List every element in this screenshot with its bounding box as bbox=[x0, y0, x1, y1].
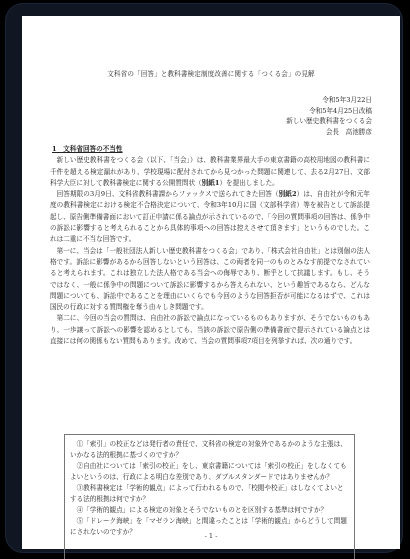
paragraph-3: 第一に、当会は「一般社団法人新しい歴史教科書をつくる会」であり、「株式会社自由社… bbox=[50, 246, 370, 314]
author: 会長 高池勝彦 bbox=[286, 127, 372, 138]
page-number: - 1 - bbox=[22, 532, 400, 540]
question-2: ②自由社については「索引の校正」をし、東京書籍については「索引の校正」をしなくて… bbox=[70, 461, 349, 483]
paragraph-4: 第二に、今回の当会の質問は、自由社の訴訟で論点になっているものもありますが、そう… bbox=[50, 313, 370, 347]
document-page: 文科省の「回答」と教科書検定制度改善に関する「つくる会」の見解 令和5年3月22… bbox=[22, 16, 400, 549]
question-3: ③教科書検定は「学術的観点」によって行われるもので、「校閲や校正」はしなくてよい… bbox=[70, 483, 349, 505]
question-4: ④「学術的観点」による検定の対象とそうでないものとを区別する基準は何ですか？ bbox=[70, 505, 349, 516]
paragraph-2: 回答期限の3月9日、文科省教科書課からファックスで送られてきた回答（別紙2）は、… bbox=[50, 189, 370, 245]
section-1: 1 文科省回答の不当性 新しい歴史教科書をつくる会（以下、「当会」）は、教科書業… bbox=[50, 144, 370, 347]
attachment-ref: 別紙1 bbox=[202, 179, 220, 187]
organization: 新しい歴史教科書をつくる会 bbox=[286, 116, 372, 127]
document-title: 文科省の「回答」と教科書検定制度改善に関する「つくる会」の見解 bbox=[22, 68, 400, 78]
paragraph-text: 回答期限の3月9日、文科省教科書課からファックスで送られてきた回答（ bbox=[57, 190, 279, 198]
paragraph-1: 新しい歴史教科書をつくる会（以下、「当会」）は、教科書業界最大手の東京書籍の高校… bbox=[50, 155, 370, 189]
section-heading: 1 文科省回答の不当性 bbox=[52, 144, 370, 155]
revised-date: 令和5年4月25日改稿 bbox=[286, 106, 372, 117]
document-meta: 令和5年3月22日 令和5年4月25日改稿 新しい歴史教科書をつくる会 会長 高… bbox=[286, 95, 372, 137]
paragraph-text: ）を提出しました。 bbox=[219, 179, 278, 187]
questions-box: ①「索引」の校正などは発行者の責任で、文科省の検定の対象外であるかのような主張は… bbox=[64, 434, 355, 559]
date: 令和5年3月22日 bbox=[286, 95, 372, 106]
attachment-ref: 別紙2 bbox=[279, 190, 297, 198]
question-1: ①「索引」の校正などは発行者の責任で、文科省の検定の対象外であるかのような主張は… bbox=[70, 439, 349, 461]
document-viewer-frame: 文科省の「回答」と教科書検定制度改善に関する「つくる会」の見解 令和5年3月22… bbox=[5, 3, 403, 553]
